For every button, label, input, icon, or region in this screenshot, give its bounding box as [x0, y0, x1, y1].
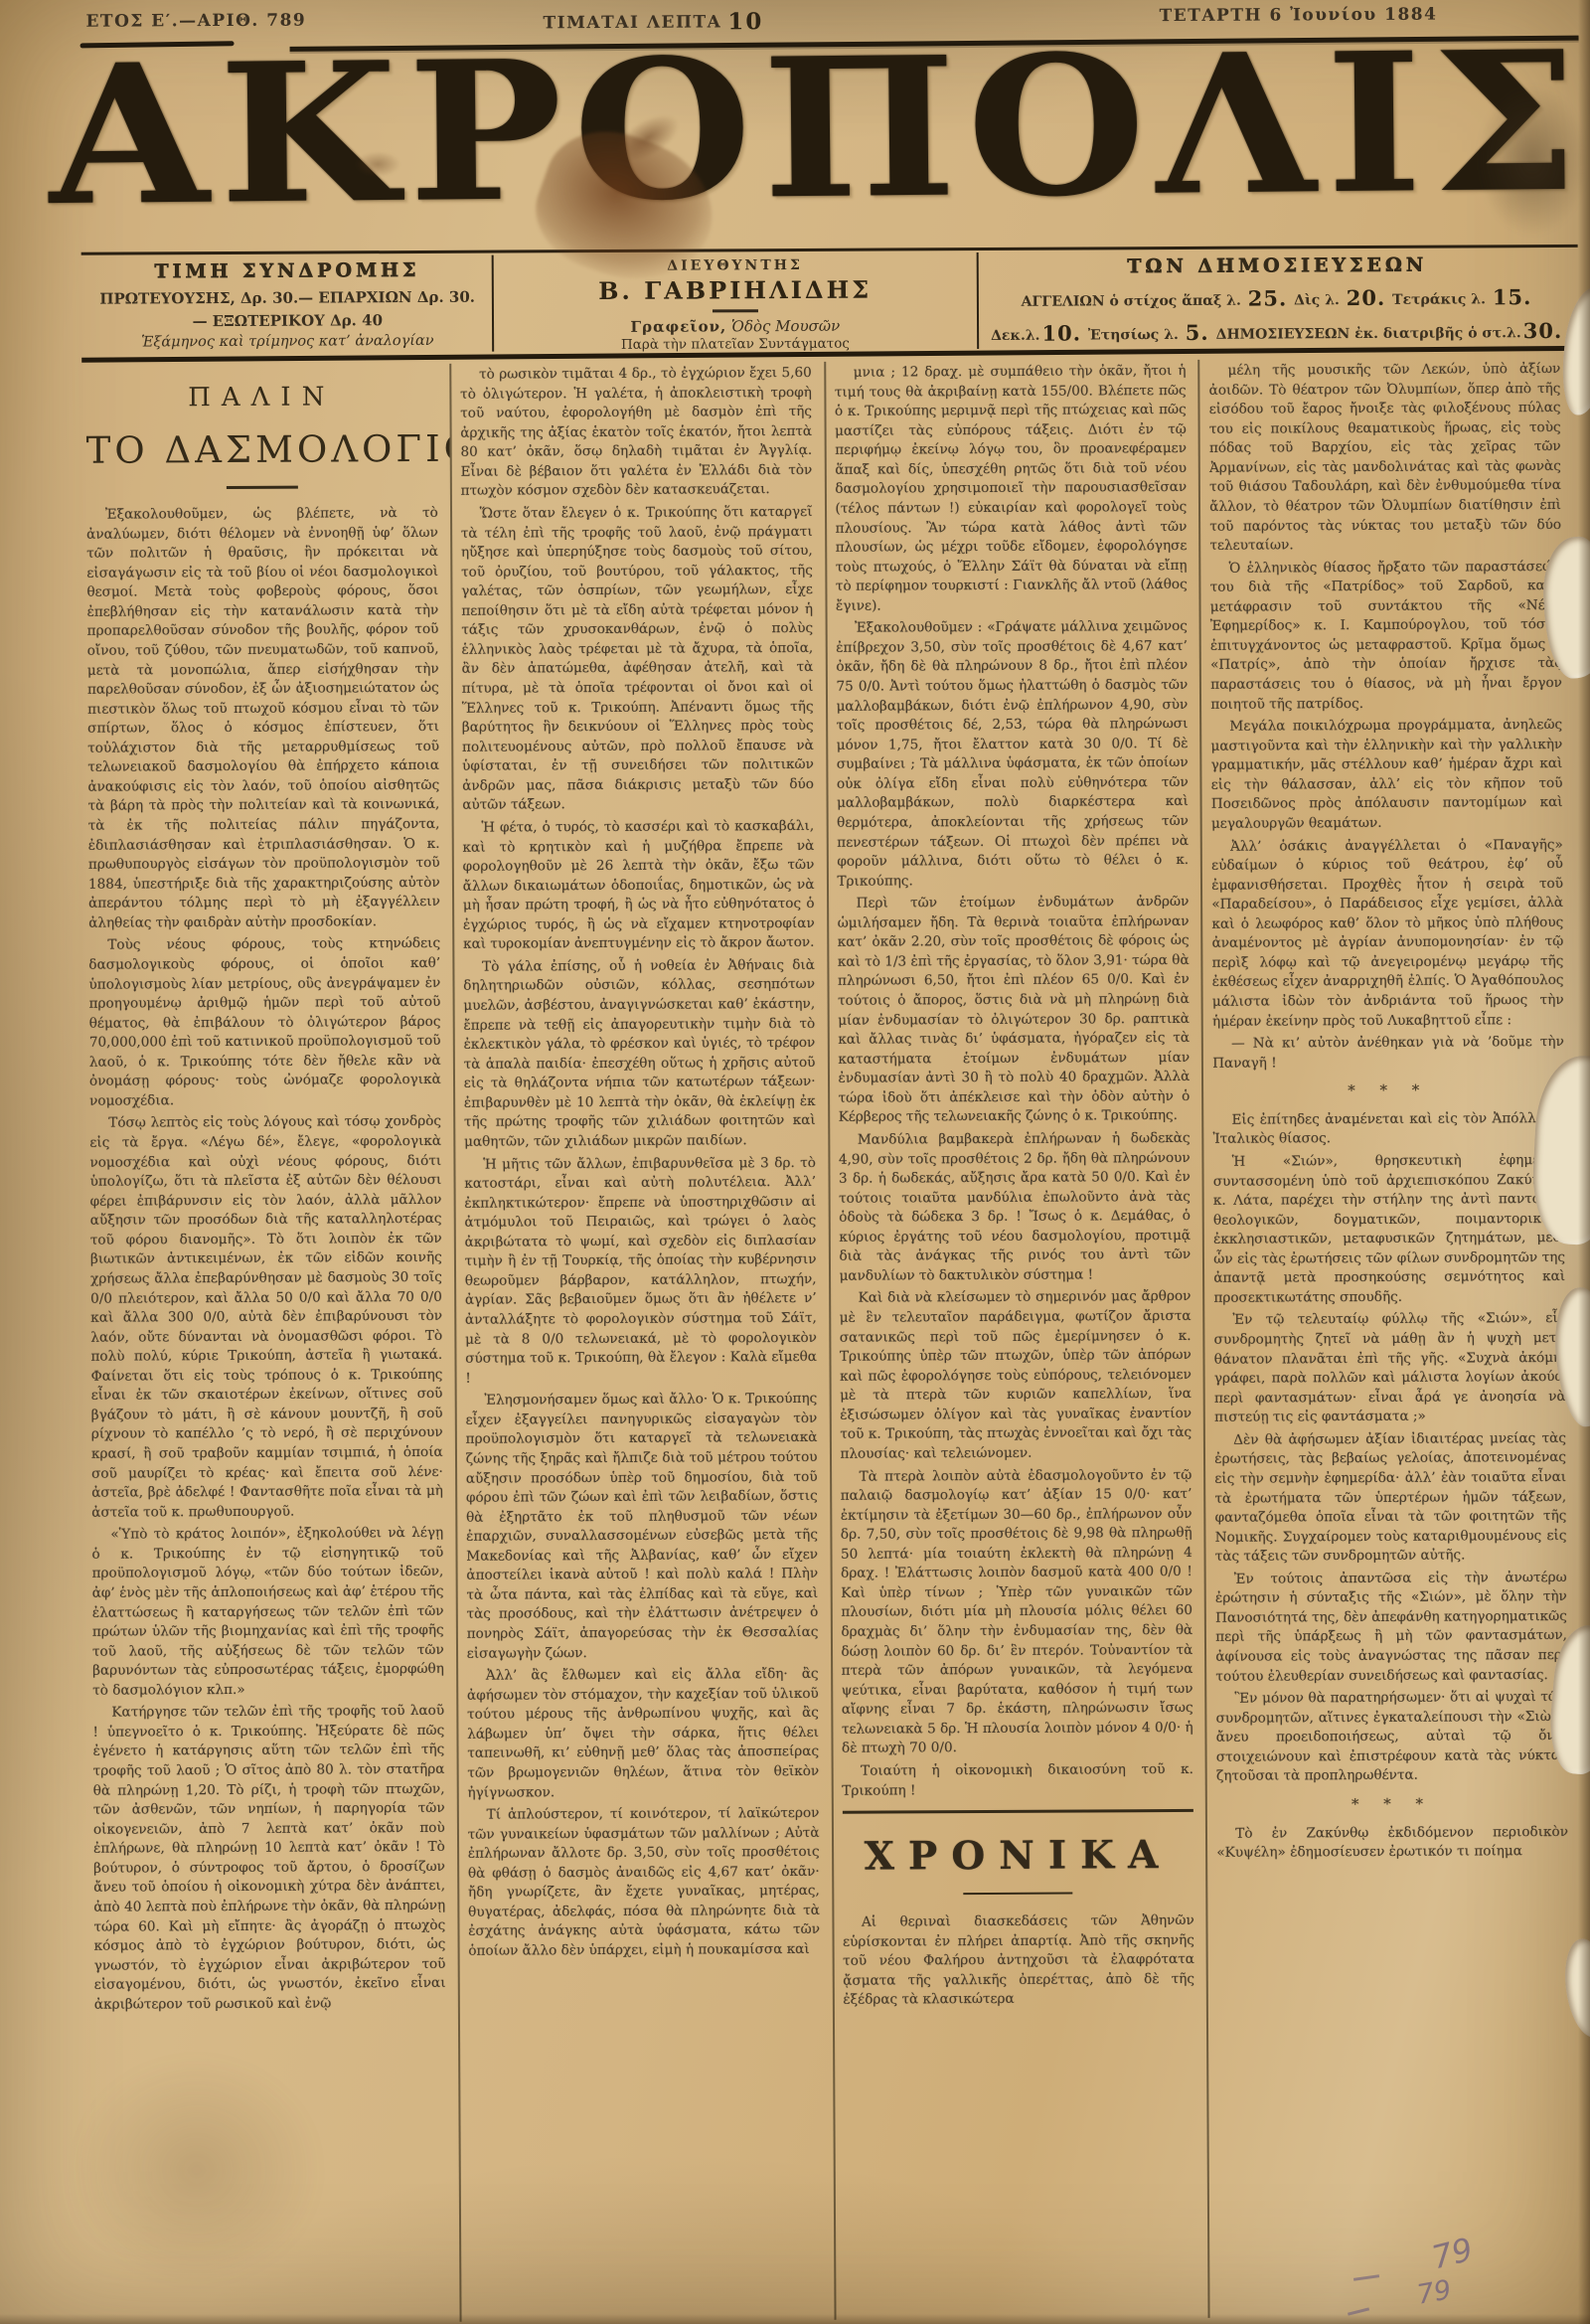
advertising-rates-1: ΑΓΓΕΛΙΩΝ ὁ στίχος ἅπαξ λ. 25. Δὶς λ. 20.… [989, 280, 1566, 317]
article-paragraph: Κατήργησε τῶν τελῶν ἐπὶ τῆς τροφῆς τοῦ λ… [92, 1702, 445, 2015]
column-4-text: μέλη τῆς μουσικῆς τῶν Λεκών, ὑπὸ ἀξίων ἀ… [1208, 360, 1568, 1864]
advertising-title: ΤΩΝ ΔΗΜΟΣΙΕΥΣΕΩΝ [989, 253, 1566, 278]
article-title-text: ΤΟ ΔΑΣΜΟΛΟΓΙΟΝ [86, 427, 438, 472]
office-label: Γραφεῖον, [630, 317, 726, 336]
article-paragraph: Ἐξακολουθοῦμεν, ὡς βλέπετε, νὰ τὸ ἀναλύω… [86, 504, 440, 933]
article-paragraph: μέλη τῆς μουσικῆς τῶν Λεκών, ὑπὸ ἀξίων ἀ… [1208, 360, 1561, 556]
article-paragraph: μνια ; 12 δραχ. μὲ συμπάθειο τὴν ὀκᾶν, ἤ… [835, 362, 1188, 616]
column-1: ΠΑΛΙΝ ΤΟ ΔΑΣΜΟΛΟΓΙΟΝ Ἐξακολουθοῦμεν, ὡς … [83, 364, 461, 2324]
office-address: Γραφεῖον, Ὁδὸς Μουσῶν [504, 316, 967, 336]
article-paragraph: — Νὰ κι’ αὐτὸν ἀνέθηκαν γιὰ νὰ ’δοῦμε τὴ… [1212, 1033, 1564, 1074]
divider-rule [842, 1809, 1193, 1813]
ad-rate: 30. [1521, 318, 1565, 343]
office-street: Ὁδὸς Μουσῶν [731, 316, 840, 335]
divider-rule [227, 486, 298, 489]
article-paragraph: Ἀλλ’ ἂς ἔλθωμεν καὶ εἰς ἄλλα εἴδη· ἂς ἀφ… [467, 1665, 819, 1803]
article-paragraph: Δὲν θὰ ἀφήσωμεν ἀξίαν ἰδιαιτέρας μνείας … [1214, 1429, 1566, 1568]
section-divider: * * * [1212, 1079, 1564, 1102]
subscription-prices: ΠΡΩΤΕΥΟΥΣΗΣ, Δρ. 30.— ΕΠΑΡΧΙΩΝ Δρ. 30.— … [93, 286, 482, 333]
article-paragraph: Τόσῳ λεπτὸς εἰς τοὺς λόγους καὶ τόσῳ χον… [89, 1112, 443, 1523]
article-title: ΠΑΛΙΝ ΤΟ ΔΑΣΜΟΛΟΓΙΟΝ [85, 382, 437, 490]
ad-rate: 15. [1491, 284, 1534, 309]
newspaper-page: ΕΤΟΣ Ε′.—ΑΡΙΘ. 789 ΤΙΜΑΤΑΙ ΛΕΠΤΑ10 ΤΕΤΑΡ… [0, 0, 1590, 2324]
ad-text: ΑΓΓΕΛΙΩΝ ὁ στίχος ἅπαξ λ. [1022, 293, 1246, 310]
article-paragraph: Αἱ θεριναὶ διασκεδάσεις τῶν Ἀθηνῶν εὑρίσ… [843, 1911, 1194, 2011]
column-4: μέλη τῆς μουσικῆς τῶν Λεκών, ὑπὸ ἀξίων ἀ… [1199, 358, 1582, 2318]
divider-rule [713, 309, 758, 312]
column-1-text: Ἐξακολουθοῦμεν, ὡς βλέπετε, νὰ τὸ ἀναλύω… [86, 504, 446, 2015]
director-name: Β. ΓΑΒΡΙΗΛΙΔΗΣ [504, 274, 967, 305]
article-paragraph: Τί ἁπλούστερον, τί κοινότερον, τί λαϊκώτ… [468, 1804, 821, 1961]
article-paragraph: Ἐξακολουθοῦμεν : «Γράψατε μάλλινα χειμῶν… [836, 617, 1189, 892]
article-paragraph: «Ὑπὸ τὸ κράτος λοιπόν», ἐξηκολούθει νὰ λ… [91, 1524, 444, 1701]
article-paragraph: τὸ ρωσικὸν τιμᾶται 4 δρ., τὸ ἐγχώριον ἔχ… [460, 364, 812, 502]
column-3: μνια ; 12 δραχ. μὲ συμπάθειο τὴν ὀκᾶν, ἤ… [826, 360, 1210, 2320]
ad-rate: 5. [1184, 319, 1211, 344]
article-kicker: ΠΑΛΙΝ [85, 382, 437, 414]
director-block: ΔΙΕΥΘΥΝΤΗΣ Β. ΓΑΒΡΙΗΛΙΔΗΣ Γραφεῖον, Ὁδὸς… [494, 252, 977, 352]
ad-text: Ἐτησίως λ. [1083, 327, 1184, 344]
divider-rule [964, 1892, 1073, 1895]
subscription-note: Ἑξάμηνος καὶ τρίμηνος κατ’ ἀναλογίαν [93, 331, 482, 355]
article-paragraph: Ἓν μόνον θὰ παρατηρήσωμεν· ὅτι αἱ ψυχαὶ … [1215, 1688, 1567, 1787]
article-paragraph: Ὥστε ὅταν ἔλεγεν ὁ κ. Τρικούπης ὅτι κατα… [461, 503, 814, 816]
subscription-title: ΤΙΜΗ ΣΥΝΔΡΟΜΗΣ [93, 259, 482, 283]
article-paragraph: Τὸ ἐν Ζακύνθῳ ἐκδιδόμενον περιοδικὸν «Κυ… [1216, 1823, 1568, 1864]
handwritten-number: 79 [1414, 2274, 1453, 2310]
info-bar: ΤΙΜΗ ΣΥΝΔΡΟΜΗΣ ΠΡΩΤΕΥΟΥΣΗΣ, Δρ. 30.— ΕΠΑ… [83, 249, 1576, 354]
column-3-text: μνια ; 12 δραχ. μὲ συμπάθειο τὴν ὀκᾶν, ἤ… [835, 362, 1193, 1801]
article-paragraph: Ἡ μῆτις τῶν ἄλλων, ἐπιβαρυνθεῖσα μὲ 3 δρ… [464, 1153, 817, 1389]
column-2: τὸ ρωσικὸν τιμᾶται 4 δρ., τὸ ἐγχώριον ἔχ… [451, 362, 836, 2322]
advertising-block: ΤΩΝ ΔΗΜΟΣΙΕΥΣΕΩΝ ΑΓΓΕΛΙΩΝ ὁ στίχος ἅπαξ … [979, 249, 1576, 349]
section-divider: * * * [1216, 1793, 1568, 1816]
article-paragraph: Τοιαύτη ἡ οἰκονομικὴ δικαιοσύνη τοῦ κ. Τ… [842, 1760, 1193, 1801]
article-paragraph: Μανδύλια βαμβακερὰ ἐπλήρωναν ἡ δωδεκὰς 4… [839, 1129, 1192, 1286]
column-2-text: τὸ ρωσικὸν τιμᾶται 4 δρ., τὸ ἐγχώριον ἔχ… [460, 364, 820, 1961]
director-label: ΔΙΕΥΘΥΝΤΗΣ [504, 256, 967, 274]
article-paragraph: Καὶ διὰ νὰ κλείσωμεν τὸ σημερινόν μας ἄρ… [840, 1287, 1192, 1464]
masthead-title: ΑΚΡΟΠΟΛΙΣ [24, 18, 1590, 240]
advertising-rates-2: Δεκ.λ.10. Ἐτησίως λ. 5. ΔΗΜΟΣΙΕΥΣΕΩΝ ἐκ.… [989, 314, 1566, 351]
article-paragraph: Ἡ «Σιών», θρησκευτικὴ ἐφημερίς, συντασσο… [1213, 1151, 1566, 1308]
article-paragraph: Τὸ γάλα ἐπίσης, οὗ ἡ νοθεία ἐν Ἀθήναις δ… [463, 956, 816, 1152]
article-paragraph: Ἐν τούτοις ἀπαντῶσα εἰς τὴν ἀνωτέρω ἐρώτ… [1215, 1569, 1567, 1687]
ad-rate: 20. [1345, 285, 1388, 310]
article-paragraph: Ἐν τῷ τελευταίῳ φύλλῳ τῆς «Σιών», εἷς συ… [1213, 1309, 1565, 1427]
article-paragraph: Τὰ πτερὰ λοιπὸν αὐτὰ ἐδασμολογοῦντο ἐν τ… [841, 1465, 1193, 1758]
article-paragraph: Μεγάλα ποικιλόχρωμα προγράμματα, ἀνηλεῶς… [1210, 716, 1562, 834]
ad-text: ΔΗΜΟΣΙΕΥΣΕΩΝ ἐκ. διατριβῆς ὁ στ.λ. [1211, 325, 1521, 343]
chronika-heading: ΧΡΟΝΙΚΑ [842, 1831, 1193, 1879]
subscription-block: ΤΙΜΗ ΣΥΝΔΡΟΜΗΣ ΠΡΩΤΕΥΟΥΣΗΣ, Δρ. 30.— ΕΠΑ… [83, 255, 492, 354]
article-paragraph: Ὁ ἑλληνικὸς θίασος ἤρξατο τῶν παραστάσεώ… [1210, 558, 1563, 715]
ad-rate: 25. [1246, 285, 1290, 310]
ad-text: Δὶς λ. [1289, 292, 1345, 308]
article-paragraph: Περὶ τῶν ἑτοίμων ἐνδυμάτων ἀνδρῶν ὡμιλήσ… [838, 893, 1191, 1128]
article-paragraph: Τοὺς νέους φόρους, τοὺς κτηνώδεις δασμολ… [88, 934, 441, 1111]
article-paragraph: Ἀλλ’ ὁσάκις ἀναγγέλλεται ὁ «Παναγῆς» εὐδ… [1211, 835, 1564, 1031]
article-body: ΠΑΛΙΝ ΤΟ ΔΑΣΜΟΛΟΓΙΟΝ Ἐξακολουθοῦμεν, ὡς … [83, 358, 1582, 2324]
office-location: Παρὰ τὴν πλατεῖαν Συντάγματος [504, 335, 967, 353]
chronika-text: Αἱ θεριναὶ διασκεδάσεις τῶν Ἀθηνῶν εὑρίσ… [843, 1911, 1194, 2011]
article-paragraph: Ἡ φέτα, ὁ τυρός, τὸ κασσέρι καὶ τὸ κασκα… [462, 817, 814, 955]
article-paragraph: Εἰς ἐπίτηδες ἀναμένεται καὶ εἰς τὸν Ἀπόλ… [1212, 1109, 1564, 1150]
ad-text: Τετράκις λ. [1387, 291, 1491, 308]
article-paragraph: Ἐλησμονήσαμεν ὅμως καὶ ἄλλο· Ὁ κ. Τρικού… [465, 1390, 818, 1664]
newspaper-sheet: ΕΤΟΣ Ε′.—ΑΡΙΘ. 789 ΤΙΜΑΤΑΙ ΛΕΠΤΑ10 ΤΕΤΑΡ… [0, 0, 1590, 2324]
chronika-section: ΧΡΟΝΙΚΑ [842, 1809, 1193, 1896]
ad-rate: 10. [1039, 320, 1083, 345]
ad-text: Δεκ.λ. [991, 327, 1040, 343]
